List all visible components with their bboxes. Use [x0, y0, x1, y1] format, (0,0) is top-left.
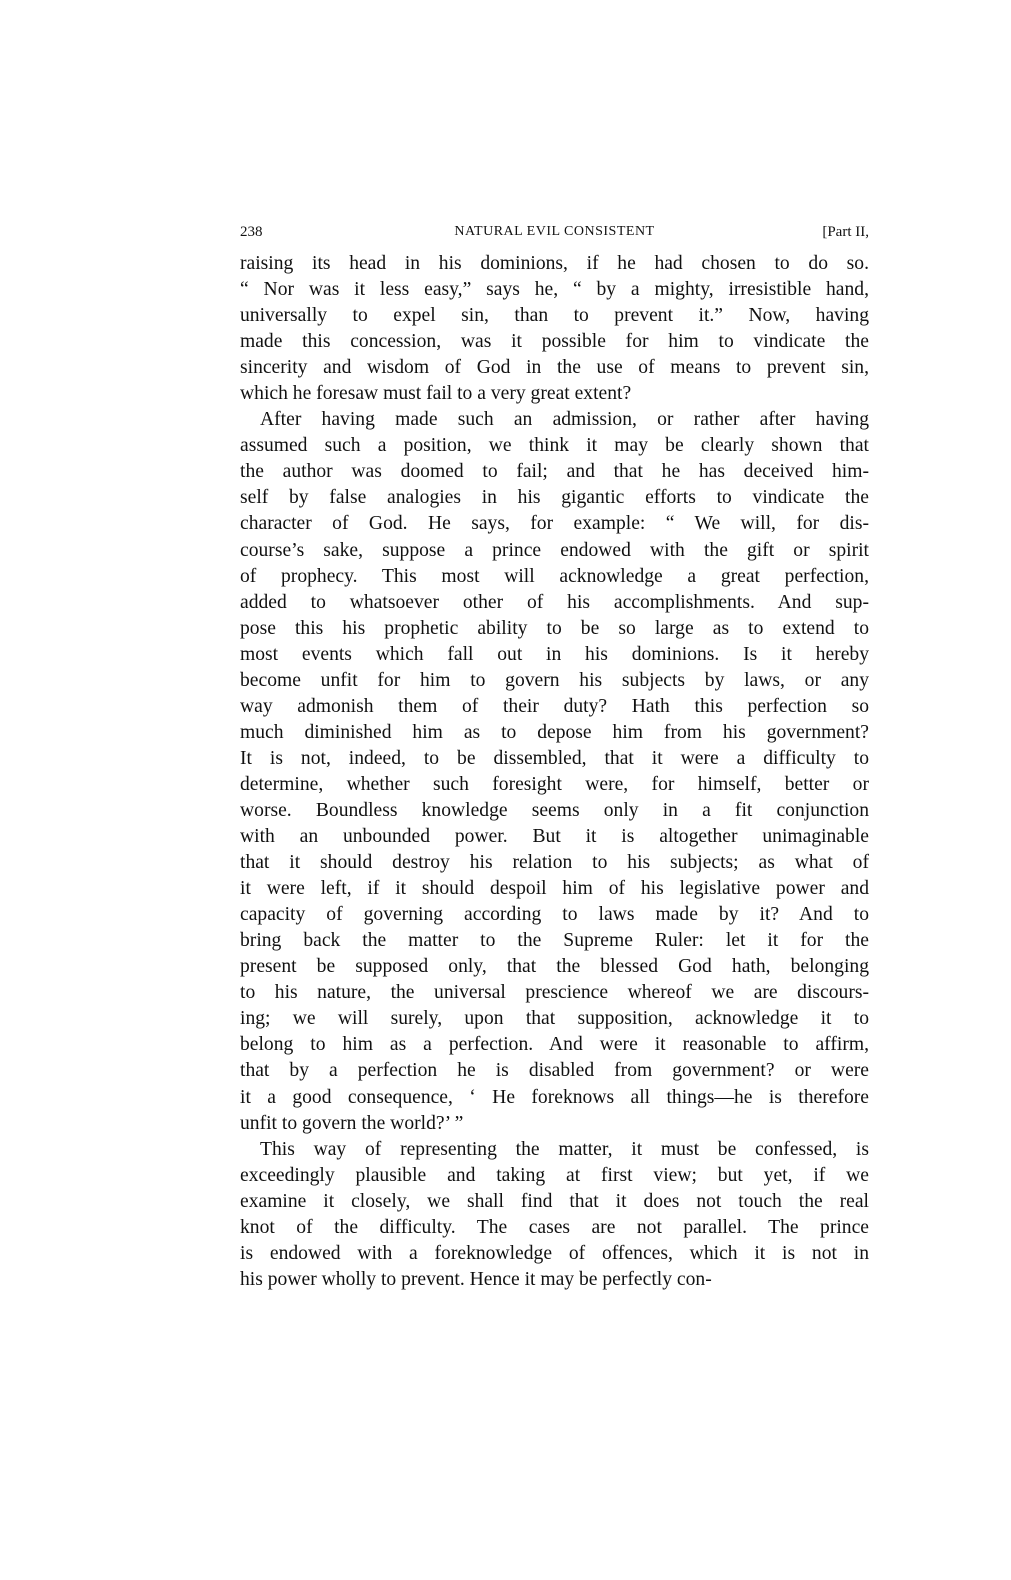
text-line: character of God. He says, for example: …: [240, 511, 869, 537]
text-line: examine it closely, we shall find that i…: [240, 1189, 869, 1215]
text-line: pose this his prophetic ability to be so…: [240, 616, 869, 642]
text-line: assumed such a position, we think it may…: [240, 433, 869, 459]
text-line: made this concession, was it possible fo…: [240, 329, 869, 355]
text-line: is endowed with a foreknowledge of offen…: [240, 1241, 869, 1267]
text-line: added to whatsoever other of his accompl…: [240, 590, 869, 616]
text-line: exceedingly plausible and taking at firs…: [240, 1163, 869, 1189]
text-line: unfit to govern the world?’ ”: [240, 1111, 869, 1137]
text-line: universally to expel sin, than to preven…: [240, 303, 869, 329]
paragraph: raising its head in his dominions, if he…: [240, 251, 869, 407]
text-line: it a good consequence, ‘ He foreknows al…: [240, 1085, 869, 1111]
text-line: capacity of governing according to laws …: [240, 902, 869, 928]
text-line: way admonish them of their duty? Hath th…: [240, 694, 869, 720]
text-line: belong to him as a perfection. And were …: [240, 1032, 869, 1058]
text-line: much diminished him as to depose him fro…: [240, 720, 869, 746]
part-label: [Part II,: [822, 222, 869, 242]
text-line: determine, whether such foresight were, …: [240, 772, 869, 798]
text-line: It is not, indeed, to be dissembled, tha…: [240, 746, 869, 772]
paragraph: This way of representing the matter, it …: [240, 1137, 869, 1293]
text-line: This way of representing the matter, it …: [240, 1137, 869, 1163]
text-line: self by false analogies in his gigantic …: [240, 485, 869, 511]
text-line: present be supposed only, that the bless…: [240, 954, 869, 980]
running-head: 238 NATURAL EVIL CONSISTENT [Part II,: [240, 222, 869, 242]
text-line: that by a perfection he is disabled from…: [240, 1058, 869, 1084]
text-line: “ Nor was it less easy,” says he, “ by a…: [240, 277, 869, 303]
book-page: 238 NATURAL EVIL CONSISTENT [Part II, ra…: [240, 222, 869, 1293]
text-line: it were left, if it should despoil him o…: [240, 876, 869, 902]
text-line: with an unbounded power. But it is altog…: [240, 824, 869, 850]
text-line: his power wholly to prevent. Hence it ma…: [240, 1267, 869, 1293]
text-line: raising its head in his dominions, if he…: [240, 251, 869, 277]
text-line: that it should destroy his relation to h…: [240, 850, 869, 876]
text-line: sincerity and wisdom of God in the use o…: [240, 355, 869, 381]
paragraph: After having made such an admission, or …: [240, 407, 869, 1136]
text-line: ing; we will surely, upon that suppositi…: [240, 1006, 869, 1032]
text-line: which he foresaw must fail to a very gre…: [240, 381, 869, 407]
text-line: most events which fall out in his domini…: [240, 642, 869, 668]
text-line: become unfit for him to govern his subje…: [240, 668, 869, 694]
text-line: the author was doomed to fail; and that …: [240, 459, 869, 485]
text-line: knot of the difficulty. The cases are no…: [240, 1215, 869, 1241]
text-line: of prophecy. This most will acknowledge …: [240, 564, 869, 590]
body-text: raising its head in his dominions, if he…: [240, 251, 869, 1293]
text-line: After having made such an admission, or …: [240, 407, 869, 433]
text-line: to his nature, the universal prescience …: [240, 980, 869, 1006]
text-line: worse. Boundless knowledge seems only in…: [240, 798, 869, 824]
text-line: bring back the matter to the Supreme Rul…: [240, 928, 869, 954]
text-line: course’s sake, suppose a prince endowed …: [240, 538, 869, 564]
running-title: NATURAL EVIL CONSISTENT: [240, 222, 869, 242]
